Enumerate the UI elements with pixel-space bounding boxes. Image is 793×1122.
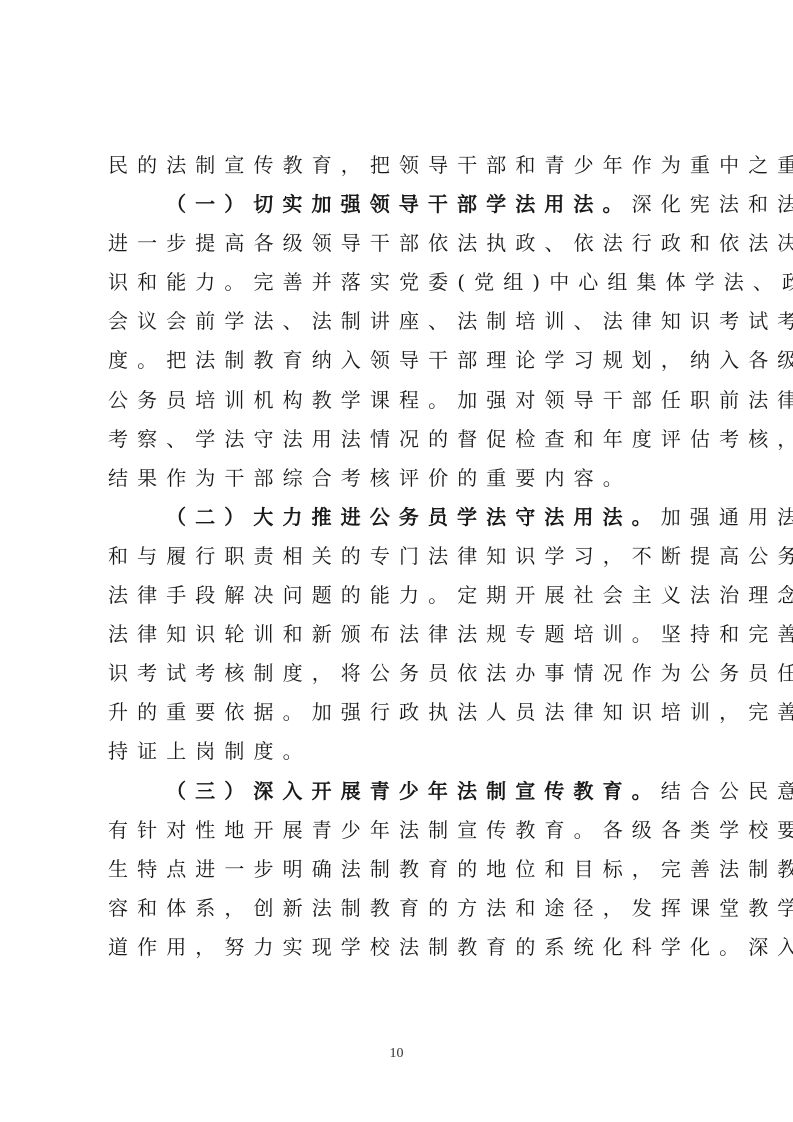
text-line: 会议会前学法、法制讲座、法制培训、法律知识考试考核等制 [108,302,708,341]
text-line: 识和能力。完善并落实党委(党组)中心组集体学法、政府常务 [108,263,708,302]
section-heading-line: （一）切实加强领导干部学法用法。深化宪法和法律学习， [108,185,708,224]
text-line: 升的重要依据。加强行政执法人员法律知识培训，完善和推广 [108,693,708,732]
text-line: 生特点进一步明确法制教育的地位和目标，完善法制教育的内 [108,850,708,889]
text-line: 和与履行职责相关的专门法律知识学习，不断提高公务员运用 [108,537,708,576]
section-heading: （一）切实加强领导干部学法用法。 [166,192,632,216]
document-page: 民的法制宣传教育，把领导干部和青少年作为重中之重。 （一）切实加强领导干部学法用… [108,146,708,967]
text-span: 加强通用法律知识 [661,505,793,529]
text-span: 深化宪法和法律学习， [632,192,793,216]
text-line: 道作用，努力实现学校法制教育的系统化科学化。深入推进中 [108,928,708,967]
text-line: 法律手段解决问题的能力。定期开展社会主义法治理念、专门 [108,576,708,615]
section-heading-line: （三）深入开展青少年法制宣传教育。结合公民意识教育， [108,772,708,811]
section-heading-line: （二）大力推进公务员学法守法用法。加强通用法律知识 [108,498,708,537]
text-line: 进一步提高各级领导干部依法执政、依法行政和依法决策的意 [108,224,708,263]
section-heading: （三）深入开展青少年法制宣传教育。 [166,779,661,803]
text-line: 结果作为干部综合考核评价的重要内容。 [108,459,708,498]
page-number: 10 [0,1046,793,1062]
text-line: 识考试考核制度，将公务员依法办事情况作为公务员任职、晋 [108,654,708,693]
text-span: 结合公民意识教育， [661,779,793,803]
text-line: 持证上岗制度。 [108,732,708,771]
text-line: 考察、学法守法用法情况的督促检查和年度评估考核，把考核 [108,420,708,459]
section-heading: （二）大力推进公务员学法守法用法。 [166,505,661,529]
text-line: 容和体系，创新法制教育的方法和途径，发挥课堂教学的主渠 [108,889,708,928]
text-line: 法律知识轮训和新颁布法律法规专题培训。坚持和完善法律知 [108,615,708,654]
text-line: 度。把法制教育纳入领导干部理论学习规划，纳入各级党校和 [108,341,708,380]
text-line: 民的法制宣传教育，把领导干部和青少年作为重中之重。 [108,146,708,185]
text-line: 公务员培训机构教学课程。加强对领导干部任职前法律知识的 [108,381,708,420]
text-line: 有针对性地开展青少年法制宣传教育。各级各类学校要根据学 [108,811,708,850]
